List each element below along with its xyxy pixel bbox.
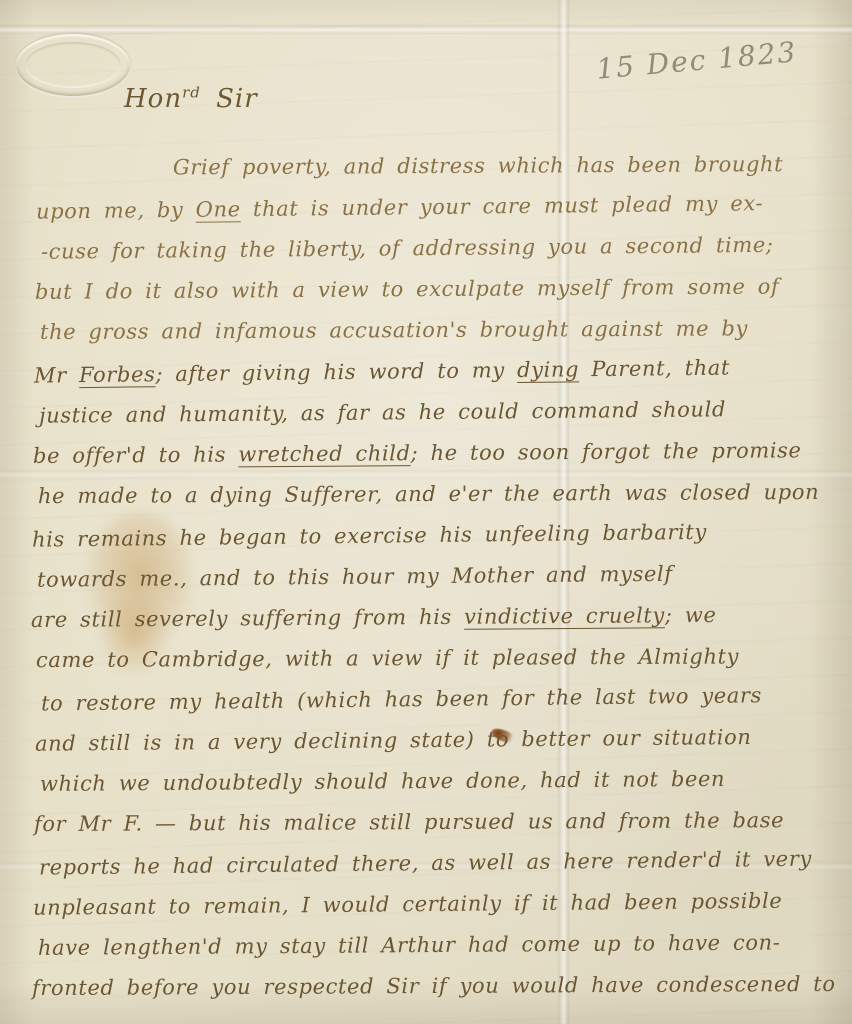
letter-line: be offer'd to his wretched child; he too… xyxy=(33,430,827,477)
text-segment: to restore my health (which has been for… xyxy=(41,683,762,715)
letter-line: Grief poverty, and distress which has be… xyxy=(31,144,825,189)
text-segment: Parent, that xyxy=(579,356,730,382)
text-segment: the gross and infamous accusation's brou… xyxy=(40,316,748,344)
text-segment: have lengthen'd my stay till Arthur had … xyxy=(38,930,781,959)
text-segment: which we undoubtedly should have done, h… xyxy=(40,767,725,796)
letter-line: came to Cambridge, with a view if it ple… xyxy=(36,636,830,681)
text-segment: came to Cambridge, with a view if it ple… xyxy=(36,644,739,672)
letter-line: towards me., and to this hour my Mother … xyxy=(37,552,831,600)
text-segment: Grief poverty, and distress which has be… xyxy=(173,152,783,179)
text-segment: fronted before you respected Sir if you … xyxy=(32,972,836,1000)
text-segment: for Mr F. — but his malice still pursued… xyxy=(34,808,784,836)
text-segment: are still severely suffering from his xyxy=(31,605,464,632)
text-segment: Hon xyxy=(124,84,182,114)
text-segment: but I do it also with a view to exculpat… xyxy=(35,274,779,303)
text-segment: rd xyxy=(182,83,201,101)
letter-line: justice and humanity, as far as he could… xyxy=(39,388,833,436)
text-segment: and still is in a very declining state) … xyxy=(35,725,752,756)
salutation: Honrd Sir xyxy=(124,84,258,114)
letter-line: unpleasant to remain, I would certainly … xyxy=(33,880,827,928)
letter-line: have lengthen'd my stay till Arthur had … xyxy=(38,922,832,969)
text-segment: -cuse for taking the liberty, of address… xyxy=(41,233,774,264)
text-segment: Sir xyxy=(201,84,258,114)
archival-date-annotation: 15 Dec 1823 xyxy=(595,35,799,85)
fold-crease-horizontal xyxy=(0,25,852,34)
letter-line: he made to a dying Sufferer, and e'er th… xyxy=(38,472,832,517)
letter-body: Grief poverty, and distress which has be… xyxy=(36,146,830,1007)
text-segment: dying xyxy=(517,357,579,382)
text-segment: ; after giving his word to my xyxy=(155,358,517,386)
letter-line: -cuse for taking the liberty, of address… xyxy=(41,224,835,272)
text-segment: towards me., and to this hour my Mother … xyxy=(37,562,673,592)
text-segment: Mr xyxy=(34,363,79,388)
letter-line: fronted before you respected Sir if you … xyxy=(32,964,826,1009)
text-segment: vindictive cruelty xyxy=(464,603,665,628)
text-segment: One xyxy=(196,197,241,222)
text-segment: unpleasant to remain, I would certainly … xyxy=(33,889,783,920)
letter-line: for Mr F. — but his malice still pursued… xyxy=(34,800,828,845)
text-segment: that is under your care must plead my ex… xyxy=(241,191,764,221)
text-segment: he made to a dying Sufferer, and e'er th… xyxy=(38,480,819,508)
text-segment: Forbes xyxy=(79,362,156,387)
letter-line: but I do it also with a view to exculpat… xyxy=(35,266,829,313)
text-segment: be offer'd to his xyxy=(33,442,239,468)
embossed-stationer-stamp-icon xyxy=(16,34,130,96)
text-segment: reports he had circulated there, as well… xyxy=(39,847,812,880)
text-segment: upon me, by xyxy=(36,198,196,224)
letter-page: 15 Dec 1823 Honrd Sir Grief poverty, and… xyxy=(0,0,852,1024)
text-segment: justice and humanity, as far as he could… xyxy=(39,397,726,427)
text-segment: wretched child xyxy=(238,441,410,466)
letter-line: are still severely suffering from his vi… xyxy=(31,594,825,641)
text-segment: ; we xyxy=(665,603,717,627)
text-segment: his remains he began to exercise his unf… xyxy=(32,520,707,552)
letter-line: and still is in a very declining state) … xyxy=(35,716,829,764)
letter-line: the gross and infamous accusation's brou… xyxy=(40,308,834,353)
text-segment: ; he too soon forgot the promise xyxy=(411,438,802,465)
letter-line: which we undoubtedly should have done, h… xyxy=(40,758,834,805)
